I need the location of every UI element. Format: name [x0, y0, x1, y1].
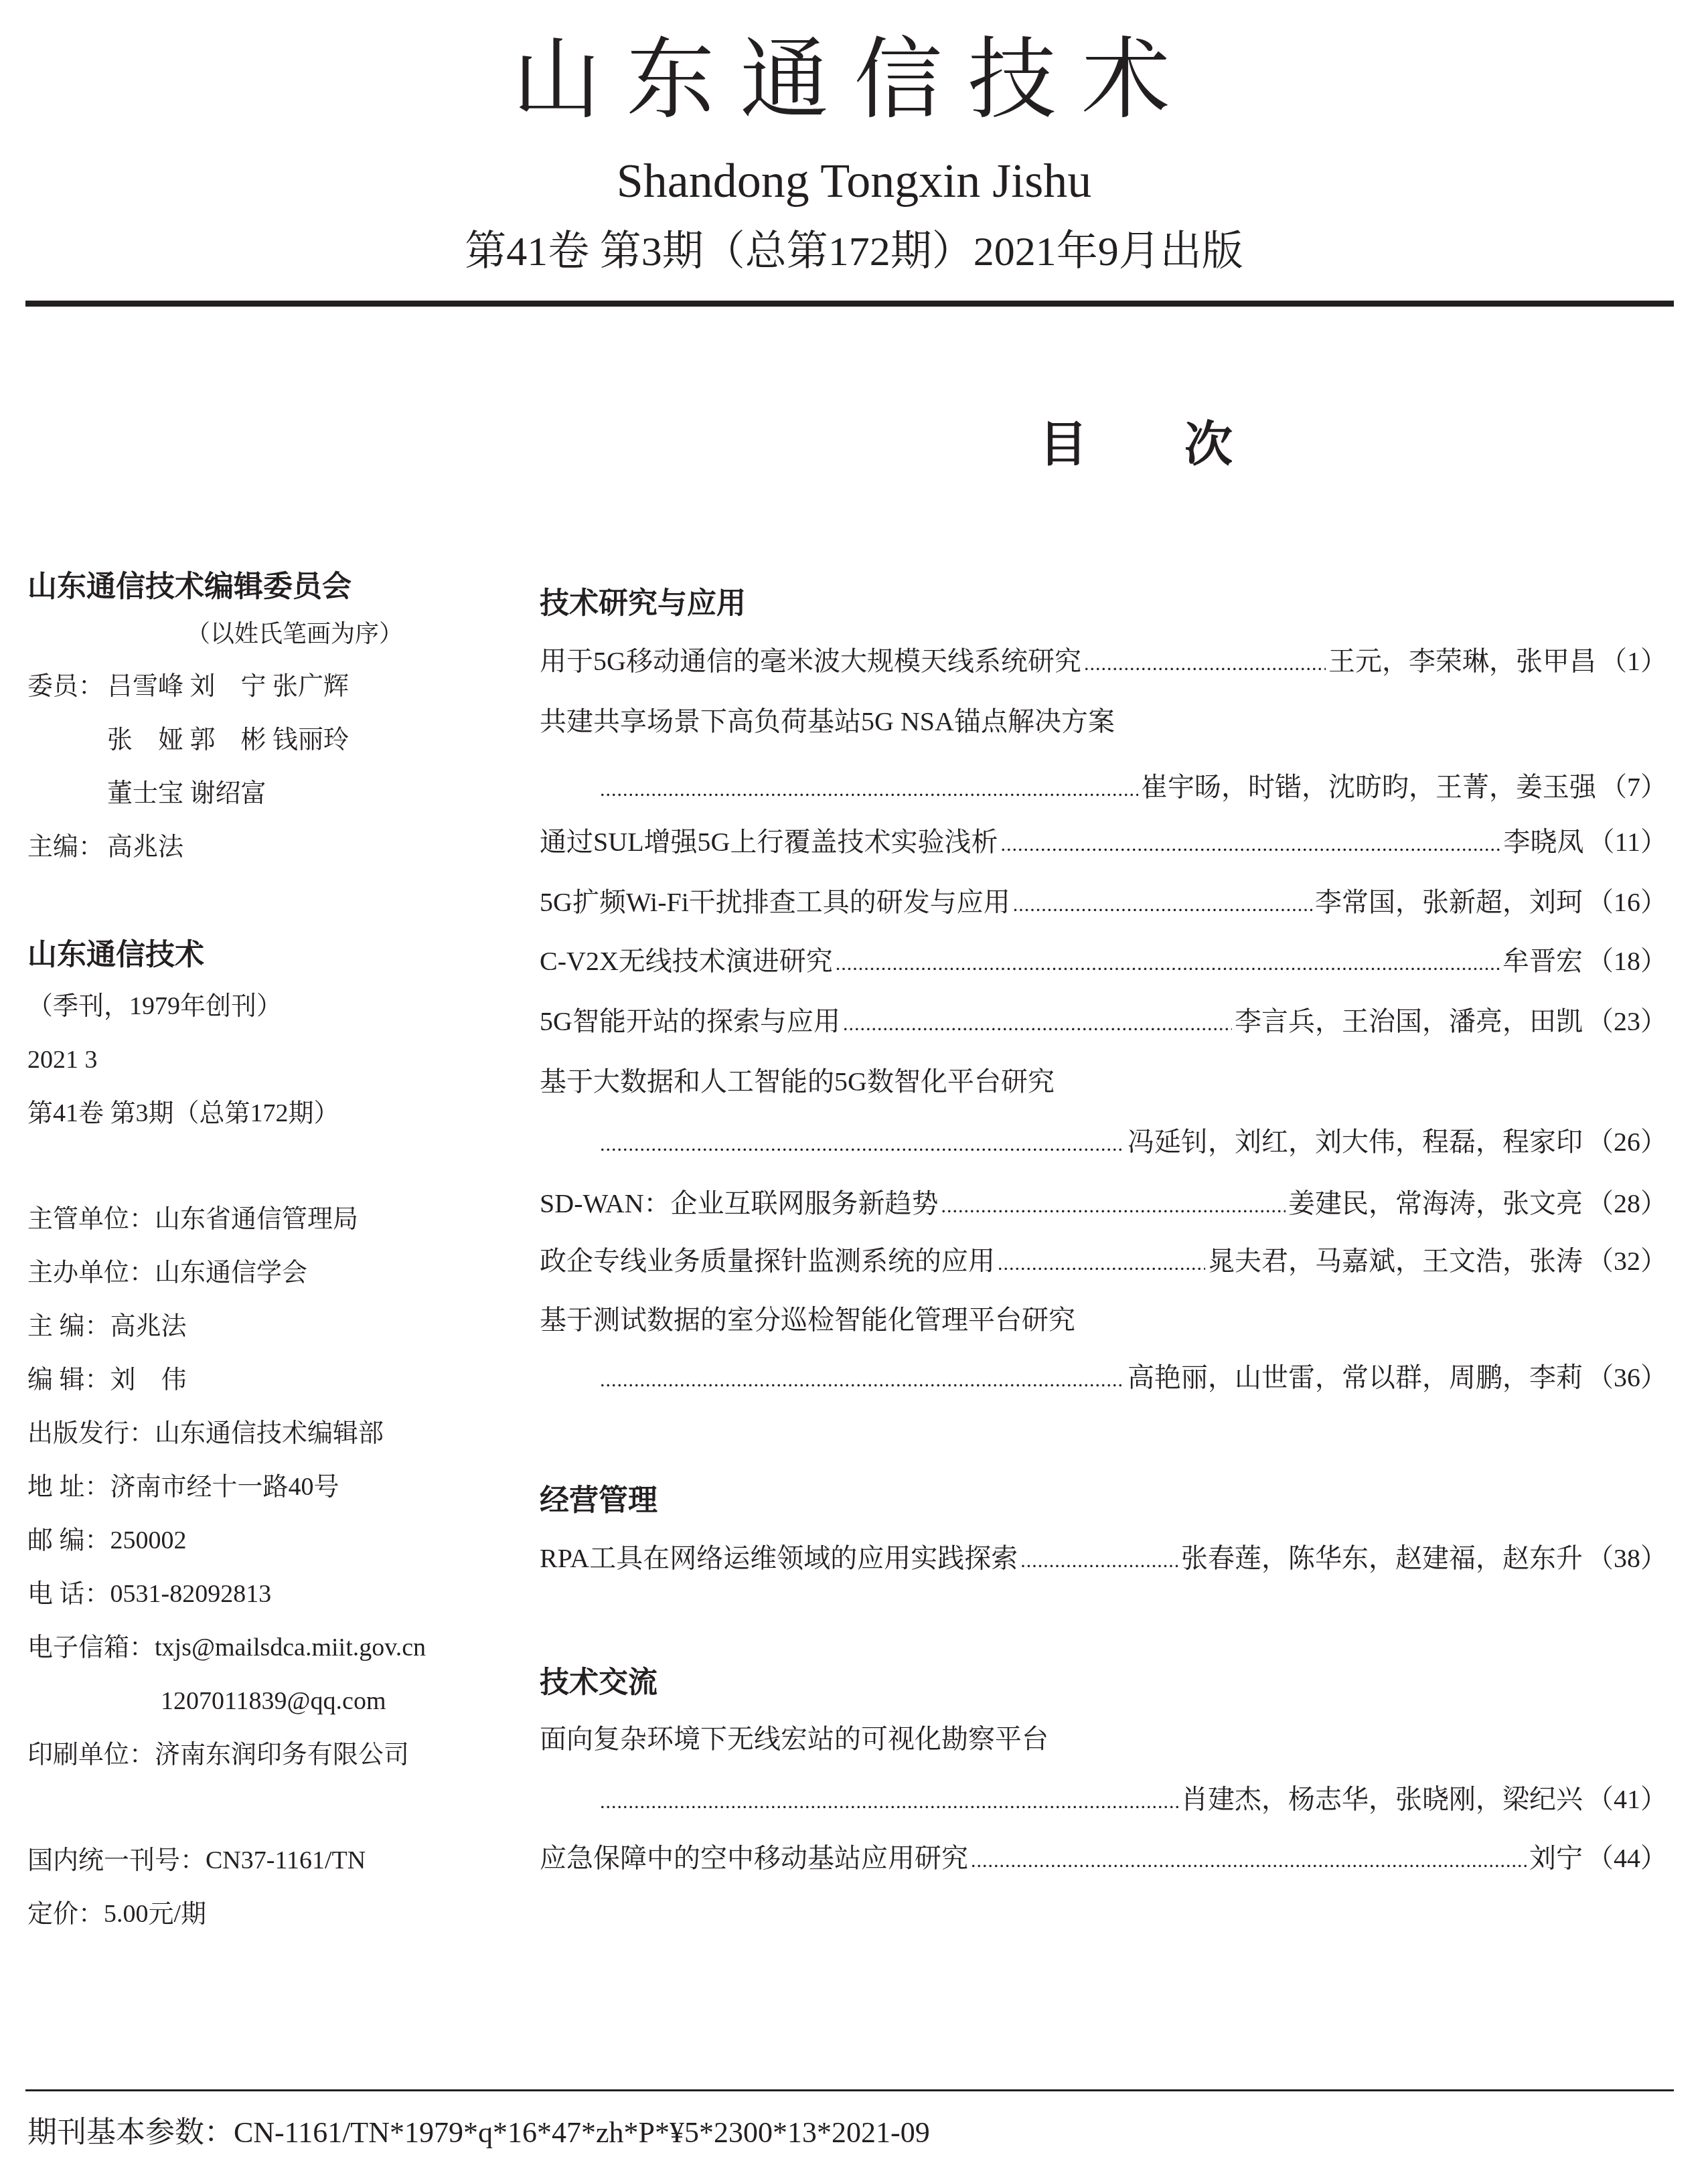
info-row-email: 电子信箱：txjs@mailsdca.miit.gov.cn	[27, 1631, 426, 1664]
info-row-publisher: 出版发行：山东通信技术编辑部	[27, 1417, 384, 1450]
footer-divider	[25, 2089, 1674, 2091]
article-page: （38）	[1587, 1540, 1667, 1577]
article-title[interactable]: 面向复杂环境下无线宏站的可视化勘察平台	[540, 1724, 1049, 1754]
article-page: （41）	[1587, 1781, 1667, 1818]
leader-dots	[600, 1362, 1125, 1399]
toc-entry[interactable]: 政企专线业务质量探针监测系统的应用 晁夫君，马嘉斌，王文浩，张涛 （32）	[540, 1242, 1667, 1283]
article-title[interactable]: RPA工具在网络运维领域的应用实践探索	[540, 1540, 1018, 1577]
article-authors: 王元，李荣琳，张甲昌	[1328, 643, 1596, 680]
toc-entry[interactable]: 面向复杂环境下无线宏站的可视化勘察平台	[540, 1720, 1667, 1758]
info-row-editor: 编 辑：刘 伟	[27, 1363, 187, 1396]
article-page: （1）	[1600, 643, 1667, 680]
toc-entry[interactable]: 5G智能开站的探索与应用 李言兵，王治国，潘亮，田凯 （23）	[540, 1003, 1667, 1043]
members-row: 董士宝 谢绍富	[107, 777, 266, 810]
committee-title: 山东通信技术编辑委员会	[27, 570, 352, 604]
leader-dots	[1000, 826, 1500, 864]
article-authors: 张春莲，陈华东，赵建福，赵东升	[1181, 1540, 1583, 1577]
info-row-address: 地 址：济南市经十一路40号	[27, 1470, 339, 1504]
toc-heading: 目 次	[1039, 414, 1273, 474]
toc-entry[interactable]: 5G扩频Wi-Fi干扰排查工具的研发与应用 李常国，张新超，刘珂 （16）	[540, 884, 1667, 924]
toc-entry[interactable]: RPA工具在网络运维领域的应用实践探索 张春莲，陈华东，赵建福，赵东升 （38）	[540, 1540, 1667, 1580]
toc-entry[interactable]: 基于测试数据的室分巡检智能化管理平台研究	[540, 1301, 1667, 1339]
toc-section-title: 技术研究与应用	[540, 585, 746, 623]
article-title[interactable]: 5G扩频Wi-Fi干扰排查工具的研发与应用	[540, 884, 1010, 921]
journal-frequency: （季刊，1979年创刊）	[27, 989, 282, 1023]
price: 定价：5.00元/期	[27, 1897, 206, 1931]
toc-entry-continuation: 高艳丽，山世雷，常以群，周鹏，李莉 （36）	[600, 1359, 1667, 1399]
article-page: （16）	[1587, 884, 1667, 921]
cn-number: 国内统一刊号：CN37-1161/TN	[27, 1844, 366, 1877]
article-title[interactable]: 共建共享场景下高负荷基站5G NSA锚点解决方案	[540, 706, 1115, 736]
leader-dots	[600, 771, 1138, 809]
article-page: （23）	[1587, 1003, 1667, 1040]
members-row: 张 娅 郭 彬 钱丽玲	[107, 723, 349, 756]
article-title[interactable]: 用于5G移动通信的毫米波大规模天线系统研究	[540, 643, 1081, 680]
article-page: （26）	[1587, 1123, 1667, 1161]
chief-editor-label: 主编：	[27, 830, 104, 864]
toc-entry[interactable]: 共建共享场景下高负荷基站5G NSA锚点解决方案	[540, 703, 1667, 740]
article-authors: 姜建民，常海涛，张文亮	[1288, 1185, 1583, 1222]
article-authors: 李晓凤	[1503, 823, 1583, 861]
journal-name: 山东通信技术	[27, 939, 204, 972]
members-row: 吕雪峰 刘 宁 张广辉	[107, 669, 349, 703]
toc-section-title: 技术交流	[540, 1664, 657, 1702]
article-title[interactable]: 通过SUL增强5G上行覆盖技术实验浅析	[540, 823, 998, 861]
article-authors: 肖建杰，杨志华，张晓刚，梁纪兴	[1181, 1781, 1583, 1818]
info-row-supervisor: 主管单位：山东省通信管理局	[27, 1202, 358, 1236]
journal-title: 山东通信技术	[0, 27, 1708, 134]
leader-dots	[1013, 886, 1312, 924]
toc-entry-continuation: 冯延钊，刘红，刘大伟，程磊，程家印 （26）	[600, 1123, 1667, 1163]
toc-entry-continuation: 肖建杰，杨志华，张晓刚，梁纪兴 （41）	[600, 1781, 1667, 1821]
article-page: （28）	[1587, 1185, 1667, 1222]
leader-dots	[1084, 645, 1326, 683]
leader-dots	[941, 1188, 1286, 1225]
article-title[interactable]: C-V2X无线技术演进研究	[540, 943, 833, 980]
volume-line: 第41卷 第3期（总第172期）	[27, 1097, 339, 1130]
toc-entry-continuation: 崔宇旸，时锴，沈昉昀，王菁，姜玉强 （7）	[600, 769, 1667, 809]
article-page: （18）	[1587, 943, 1667, 980]
article-title[interactable]: 5G智能开站的探索与应用	[540, 1003, 840, 1040]
article-title[interactable]: 基于测试数据的室分巡检智能化管理平台研究	[540, 1305, 1075, 1335]
leader-dots	[600, 1126, 1125, 1163]
journal-title-english: Shandong Tongxin Jishu	[0, 153, 1708, 209]
toc-entry[interactable]: 用于5G移动通信的毫米波大规模天线系统研究 王元，李荣琳，张甲昌 （1）	[540, 643, 1667, 683]
article-authors: 冯延钊，刘红，刘大伟，程磊，程家印	[1128, 1123, 1583, 1161]
toc-entry[interactable]: 基于大数据和人工智能的5G数智化平台研究	[540, 1063, 1667, 1101]
article-authors: 李言兵，王治国，潘亮，田凯	[1235, 1003, 1583, 1040]
article-title[interactable]: 基于大数据和人工智能的5G数智化平台研究	[540, 1066, 1055, 1097]
leader-dots	[836, 945, 1500, 983]
year-issue: 2021 3	[27, 1043, 98, 1076]
article-authors: 崔宇旸，时锴，沈昉昀，王菁，姜玉强	[1141, 769, 1596, 806]
journal-parameters: 期刊基本参数：CN-1161/TN*1979*q*16*47*zh*P*¥5*2…	[27, 2113, 930, 2153]
committee-note: （以姓氏笔画为序）	[186, 617, 403, 651]
leader-dots	[1020, 1542, 1178, 1580]
article-authors: 李常国，张新超，刘珂	[1315, 884, 1583, 921]
toc-entry[interactable]: 通过SUL增强5G上行覆盖技术实验浅析 李晓凤 （11）	[540, 823, 1667, 864]
info-row-chief-editor: 主 编：高兆法	[27, 1309, 187, 1343]
article-authors: 刘宁	[1529, 1840, 1583, 1877]
info-row-phone: 电 话：0531-82092813	[27, 1577, 271, 1611]
leader-dots	[998, 1245, 1205, 1283]
email-link[interactable]: 1207011839@qq.com	[161, 1687, 386, 1715]
issue-line: 第41卷 第3期（总第172期）2021年9月出版	[0, 225, 1708, 278]
header-divider	[25, 301, 1674, 307]
article-title[interactable]: 政企专线业务质量探针监测系统的应用	[540, 1242, 995, 1280]
members-label: 委员：	[27, 669, 104, 703]
info-row-email-2: 1207011839@qq.com	[161, 1684, 386, 1718]
leader-dots	[843, 1006, 1232, 1043]
article-authors: 晁夫君，马嘉斌，王文浩，张涛	[1208, 1242, 1583, 1280]
article-page: （11）	[1587, 823, 1667, 861]
article-authors: 高艳丽，山世雷，常以群，周鹏，李莉	[1128, 1359, 1583, 1396]
toc-section-title: 经营管理	[540, 1482, 657, 1520]
article-page: （44）	[1587, 1840, 1667, 1877]
leader-dots	[600, 1783, 1178, 1821]
article-title[interactable]: 应急保障中的空中移动基站应用研究	[540, 1840, 968, 1877]
article-authors: 牟晋宏	[1502, 943, 1583, 980]
article-page: （7）	[1600, 769, 1667, 806]
toc-entry[interactable]: C-V2X无线技术演进研究 牟晋宏 （18）	[540, 943, 1667, 983]
toc-entry[interactable]: SD-WAN：企业互联网服务新趋势 姜建民，常海涛，张文亮 （28）	[540, 1185, 1667, 1225]
info-row-printer: 印刷单位：济南东润印务有限公司	[27, 1738, 409, 1771]
toc-entry[interactable]: 应急保障中的空中移动基站应用研究 刘宁 （44）	[540, 1840, 1667, 1880]
info-row-sponsor: 主办单位：山东通信学会	[27, 1256, 307, 1289]
info-row-postcode: 邮 编：250002	[27, 1524, 187, 1557]
email-link[interactable]: txjs@mailsdca.miit.gov.cn	[155, 1633, 426, 1662]
article-page: （36）	[1587, 1359, 1667, 1396]
article-title[interactable]: SD-WAN：企业互联网服务新趋势	[540, 1185, 939, 1222]
leader-dots	[971, 1842, 1527, 1880]
article-page: （32）	[1587, 1242, 1667, 1280]
chief-editor-name: 高兆法	[107, 830, 183, 864]
